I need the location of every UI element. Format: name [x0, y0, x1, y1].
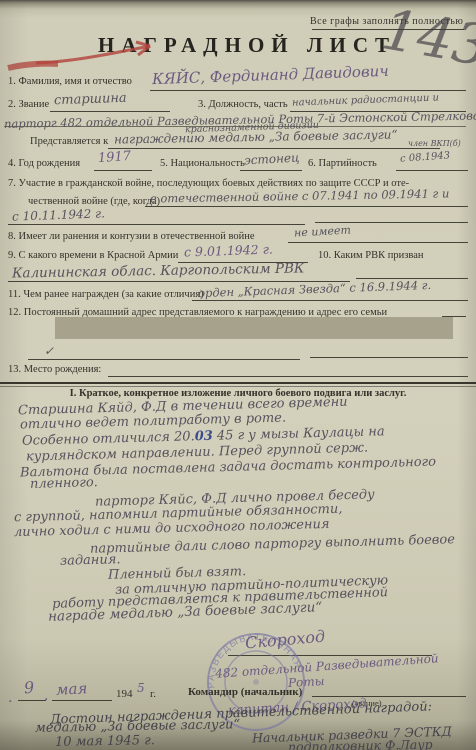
field-war-value-2: с 10.11.1942 г.	[12, 206, 105, 223]
fill-line	[145, 206, 468, 207]
fill-line	[18, 700, 46, 701]
fill-line	[94, 170, 152, 171]
fill-line	[240, 170, 302, 171]
podvig-date-correction: 03	[195, 429, 213, 444]
fill-line	[8, 224, 305, 225]
field-nationality-label: 5. Национальность	[160, 158, 245, 169]
fill-line	[288, 242, 468, 243]
podvig-line: пленного.	[30, 475, 98, 492]
podvig-line: задания.	[60, 552, 121, 569]
document-page: Все графы заполнять полностью НАГРАДНОЙ …	[0, 0, 476, 750]
fill-line	[50, 111, 170, 112]
nominated-value: награждению медалью „За боевые заслуги“	[114, 128, 398, 147]
fill-line	[150, 90, 466, 91]
field-rvk-value: Калининская облас. Каргопольским РВК	[12, 260, 305, 281]
fill-line	[52, 700, 112, 701]
field-party-value: с 08.1943	[400, 150, 451, 164]
pencil-number-mark: 143	[377, 0, 476, 80]
check-mark: ✓	[44, 344, 54, 358]
unit-handwritten-2: Роты	[288, 674, 325, 690]
date-day: 9	[23, 678, 34, 698]
date-g: г.	[150, 688, 156, 700]
field-rvk-label: 10. Каким РВК призван	[318, 250, 423, 261]
field-name-value: КЯЙС, Фердинанд Давидович	[152, 62, 389, 88]
field-position-label: 3. Должность, часть	[198, 99, 288, 110]
section-divider	[0, 382, 476, 384]
resolution-date: 10 мая 1945 г.	[55, 733, 155, 750]
field-wounds-value: не имеет	[294, 224, 352, 240]
field-birthyear-value: 1917	[98, 149, 132, 166]
field-birthyear-label: 4. Год рождения	[8, 158, 80, 169]
fill-line	[312, 696, 466, 697]
field-party-label: 6. Партийность	[308, 158, 377, 169]
party-membership-note: член ВКП(б)	[408, 139, 461, 148]
date-month: мая	[56, 679, 88, 699]
nominated-label: Представляется к	[30, 136, 108, 147]
red-pencil-mark	[0, 36, 170, 81]
section-divider	[0, 386, 476, 387]
fill-line	[310, 357, 468, 358]
field-awards-label: 11. Чем ранее награжден (за какие отличи…	[8, 289, 204, 300]
field-rank-value: старшина	[54, 91, 127, 109]
field-wounds-label: 8. Имеет ли ранения и контузии в отечест…	[8, 231, 254, 242]
fill-line	[108, 148, 440, 149]
field-service-value: с 9.01.1942 г.	[184, 241, 273, 259]
date-year-printed: 194	[116, 688, 133, 700]
field-service-label: 9. С какого времени в Красной Армии	[8, 250, 178, 261]
date-dot: .	[44, 688, 48, 704]
fill-line	[192, 300, 468, 301]
field-birthplace-label: 13. Место рождения:	[8, 364, 101, 375]
redaction-box	[55, 317, 453, 339]
fill-line	[396, 170, 468, 171]
field-position-value: начальник радиостанции и	[292, 92, 439, 108]
fill-line	[315, 222, 468, 223]
date-dot: .	[8, 690, 12, 706]
fill-line	[28, 359, 300, 360]
date-year-handwritten: 5	[137, 681, 145, 695]
field-rank-label: 2. Звание	[8, 99, 49, 110]
commander-label: Командир (начальник)	[188, 686, 302, 698]
fill-line	[108, 376, 468, 377]
field-war-label-2: чественной войне (где, когда)	[28, 196, 160, 207]
field-nationality-value: эстонец	[244, 151, 300, 168]
approver-name: подполковник Ф.Лаур	[288, 737, 433, 750]
field-war-value-1: в отечественной войне с 07.1941 по 09.19…	[150, 186, 450, 205]
